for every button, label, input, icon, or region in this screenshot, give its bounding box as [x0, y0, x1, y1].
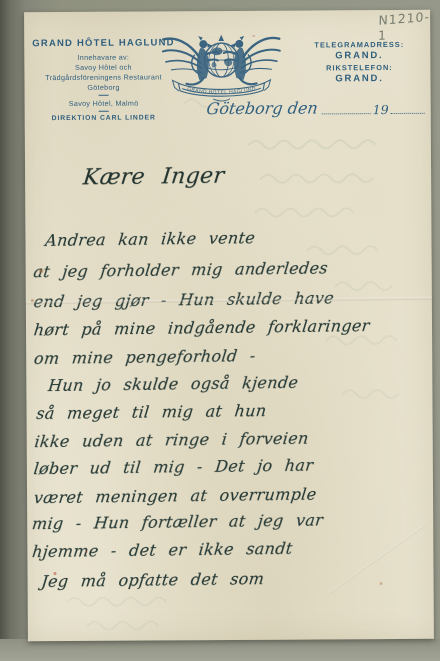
salutation: Kære Inger — [82, 164, 226, 191]
body-line: Jeg må opfatte det som — [40, 569, 265, 591]
foxing-spot — [380, 582, 383, 585]
body-line: om mine pengeforhold - — [33, 346, 257, 368]
proprietor-line: Savoy Hôtel och — [32, 62, 174, 72]
hotel-name: GRAND HÔTEL HAGLUND — [32, 37, 174, 49]
divider-rule — [99, 111, 109, 112]
corner-crease — [328, 524, 427, 595]
winged-lions-globe-crest-icon: GRAND HOTEL HAGLUND — [158, 24, 284, 105]
body-line: at jeg forholder mig anderledes — [33, 258, 329, 281]
body-line: løber ud til mig - Det jo har — [33, 456, 315, 479]
body-line: Hun jo skulde også kjende — [47, 373, 299, 395]
body-line: hjemme - det er ikke sandt — [31, 539, 293, 561]
body-line: Andrea kan ikke vente — [44, 228, 256, 250]
dateline-place: Göteborg den — [205, 98, 323, 118]
body-line: hørt på mine indgående forklaringer — [33, 316, 371, 339]
dateline-dotted-rule — [391, 112, 425, 114]
body-line: været meningen at overrumple — [33, 484, 318, 507]
scanner-background: N1210-1 GRAND HÔTEL HAGLUND Innehavare a… — [0, 0, 440, 661]
body-line: ikke uden at ringe i forveien — [34, 429, 310, 452]
proprietor-intro: Innehavare av: — [32, 52, 174, 62]
hotel-crest-emblem: GRAND HOTEL HAGLUND — [158, 24, 284, 105]
letterhead-left-block: GRAND HÔTEL HAGLUND Innehavare av: Savoy… — [32, 37, 175, 122]
telegram-label: TELEGRAMADRESS: — [300, 40, 418, 50]
dateline-dotted-rule — [322, 112, 371, 114]
letter-paper: N1210-1 GRAND HÔTEL HAGLUND Innehavare a… — [24, 10, 434, 641]
proprietor-line: Trädgårdsföreningens Restaurant — [32, 72, 174, 82]
dateline-year-prefix: 19 — [373, 103, 389, 117]
printed-dateline: Göteborg den 19 — [207, 98, 425, 118]
body-line: mig - Hun fortæller at jeg var — [31, 510, 324, 533]
body-line: så meget til mig at hun — [35, 401, 267, 423]
phone-label: RIKSTELEFON: — [300, 63, 418, 73]
letterhead-right-block: TELEGRAMADRESS: GRAND. RIKSTELEFON: GRAN… — [300, 38, 418, 85]
divider-rule — [99, 95, 109, 96]
direction-line: DIREKTION CARL LINDER — [33, 114, 175, 122]
body-line: end jeg gjør - Hun skulde have — [33, 288, 335, 311]
telegram-value: GRAND. — [300, 50, 418, 62]
phone-value: GRAND. — [300, 73, 418, 85]
proprietor-line: Göteborg — [33, 82, 175, 92]
branch-hotel: Savoy Hôtel, Malmö — [33, 98, 175, 108]
